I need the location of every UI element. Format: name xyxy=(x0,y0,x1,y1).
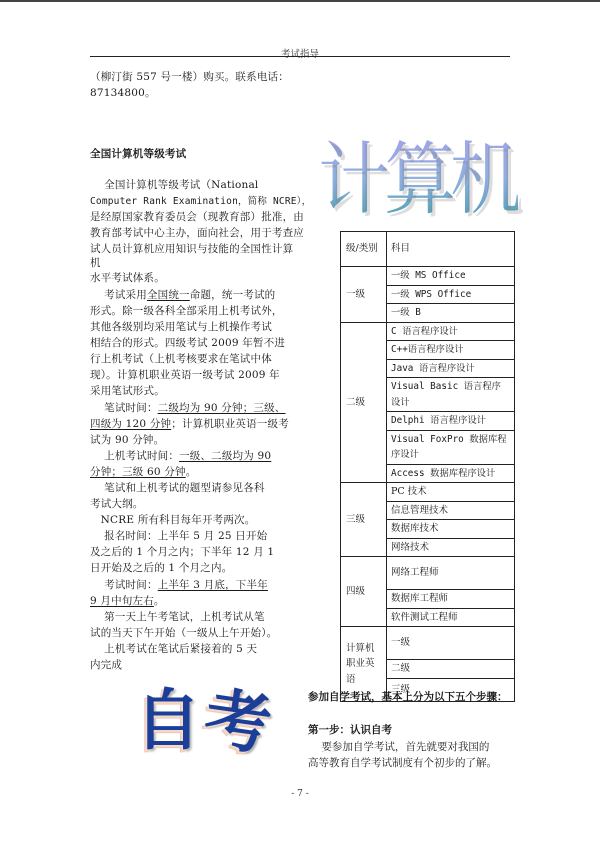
subject-cell: 网络技术 xyxy=(387,538,515,557)
text-line: 全国计算机等级考试（National xyxy=(90,178,312,194)
page-number: - 7 - xyxy=(0,789,600,799)
text-line: 笔试时间：二级均为 90 分钟；三级、 xyxy=(90,401,312,417)
text-line: 形式。除一级各科全部采用上机考试外， xyxy=(90,304,312,320)
subject-cell: Visual Basic 语言程序设计 xyxy=(387,378,515,412)
text-line: 相结合的形式。四级考试 2009 年暂不进 xyxy=(90,336,312,352)
text-line: 第一天上午考笔试，上机考试从笔 xyxy=(90,610,312,626)
text-line: 采用笔试形式。 xyxy=(90,384,312,400)
table-row: 二级 C 语言程序设计 xyxy=(341,322,515,341)
text-line: 笔试和上机考试的题型请参见各科 xyxy=(90,481,312,497)
table-row: 三级 PC 技术 xyxy=(341,483,515,502)
subject-cell: 数据库工程师 xyxy=(387,590,515,609)
text-line: 机 xyxy=(90,256,312,272)
text-line: 考试时间：上半年 3 月底，下半年 xyxy=(90,578,312,594)
table-header-row: 级/类别 科目 xyxy=(341,232,515,267)
text-line: 水平考试体系。 xyxy=(90,271,312,287)
level-cell: 一级 xyxy=(341,267,387,323)
wordart-computer: 计算机 xyxy=(318,124,518,234)
step1-text-line: 高等教育自学考试制度有个初步的了解。 xyxy=(308,755,518,772)
text-line: 四级为 120 分钟；计算机职业英语一级考 xyxy=(90,417,312,433)
level-cell: 二级 xyxy=(341,322,387,483)
intro-line-2: 87134800。 xyxy=(90,86,312,102)
self-study-intro: 参加自学考试，基本上分为以下五个步骤： xyxy=(308,689,518,706)
subject-cell: Delphi 语言程序设计 xyxy=(387,412,515,431)
text-line: 其他各级别均采用笔试与上机操作考试 xyxy=(90,320,312,336)
table-row: 四级 网络工程师 xyxy=(341,557,515,590)
intro-line-1: （柳汀街 557 号一楼）购买。联系电话： xyxy=(90,70,312,86)
text-line: 上机考试时间：一级、二级均为 90 xyxy=(90,449,312,465)
subject-cell: 一级 xyxy=(387,627,515,660)
text-line: 考试大纲。 xyxy=(90,497,312,513)
text-line: 考试采用全国统一命题，统一考试的 xyxy=(90,288,312,304)
subject-cell: 数据库技术 xyxy=(387,520,515,539)
wordart-self-study: 自考 xyxy=(135,676,295,766)
subject-cell: C++语言程序设计 xyxy=(387,341,515,360)
text-line: 及之后的 1 个月之内；下半年 12 月 1 xyxy=(90,545,312,561)
text-line: 试为 90 分钟。 xyxy=(90,433,312,449)
subject-cell: Visual FoxPro 数据库程序设计 xyxy=(387,430,515,464)
text-line: 行上机考试（上机考核要求在笔试中体 xyxy=(90,352,312,368)
text-line: 报名时间：上半年 5 月 25 日开始 xyxy=(90,529,312,545)
subject-cell: 一级 MS Office xyxy=(387,267,515,286)
text-line: 日开始及之后的 1 个月之内。 xyxy=(90,561,312,577)
top-border xyxy=(0,0,600,2)
header-level: 级/类别 xyxy=(341,232,387,267)
text-line: 现）。计算机职业英语一级考试 2009 年 xyxy=(90,368,312,384)
table-row: 计算机职业英语 一级 xyxy=(341,627,515,660)
subject-cell: Java 语言程序设计 xyxy=(387,359,515,378)
step1-title: 第一步：认识自考 xyxy=(308,722,518,739)
text-line: 试的当天下午开始（一级从上午开始）。 xyxy=(90,626,312,642)
subject-cell: 信息管理技术 xyxy=(387,501,515,520)
header-subject: 科目 xyxy=(387,232,515,267)
step1-text-line: 要参加自学考试，首先就要对我国的 xyxy=(308,739,518,756)
subject-cell: 一级 B xyxy=(387,304,515,323)
subject-cell: 网络工程师 xyxy=(387,557,515,590)
twice-yearly-note: NCRE 所有科目每年开考两次。 xyxy=(90,513,312,529)
subject-cell: Access 数据库程序设计 xyxy=(387,464,515,483)
text-line: 分钟；三级 60 分钟。 xyxy=(90,465,312,481)
text-line: Computer Rank Examination，简称 NCRE）， xyxy=(90,194,312,210)
subject-cell: PC 技术 xyxy=(387,483,515,502)
subject-cell: C 语言程序设计 xyxy=(387,322,515,341)
text-line: 内完成 xyxy=(90,658,312,674)
text-line: 教育部考试中心主办，面向社会，用于考查应 xyxy=(90,226,312,242)
section-heading-ncre: 全国计算机等级考试 xyxy=(90,147,312,163)
subject-cell: 一级 WPS Office xyxy=(387,285,515,304)
text-line: 是经原国家教育委员会（现教育部）批准，由 xyxy=(90,210,312,226)
level-cell: 四级 xyxy=(341,557,387,627)
page-header-title: 考试指导 xyxy=(90,46,510,60)
text-line: 上机考试在笔试后紧接着的 5 天 xyxy=(90,642,312,658)
subject-cell: 二级 xyxy=(387,660,515,679)
level-cell: 三级 xyxy=(341,483,387,557)
table-row: 一级 一级 MS Office xyxy=(341,267,515,286)
wordart-char: 考 xyxy=(199,674,281,773)
subject-cell: 软件测试工程师 xyxy=(387,608,515,627)
wordart-char: 自 xyxy=(135,676,205,766)
subject-table: 级/类别 科目 一级 一级 MS Office 一级 WPS Office 一级… xyxy=(340,231,515,702)
text-line: 9 月中旬左右。 xyxy=(90,594,312,610)
header-rule xyxy=(90,56,510,57)
